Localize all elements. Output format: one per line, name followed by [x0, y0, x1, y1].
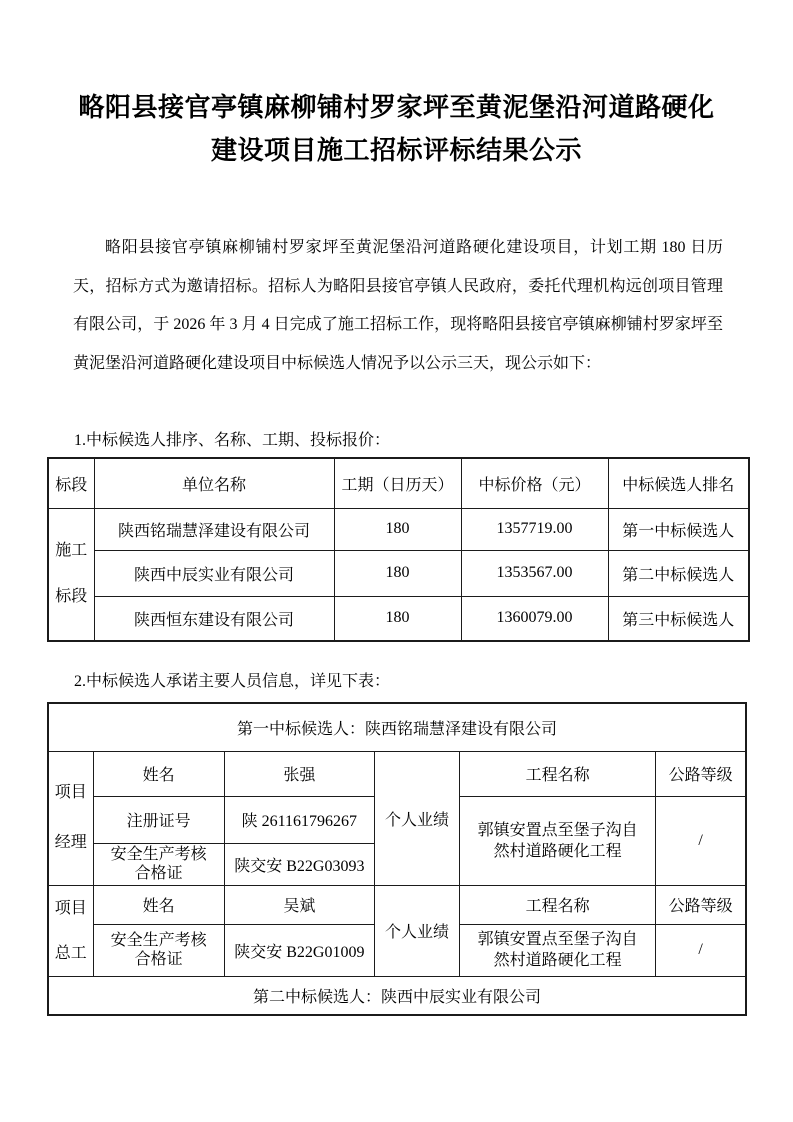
- value-registration-no: 陕 261161796267: [224, 796, 374, 843]
- value-safety-certificate: 陕交安 B22G03093: [224, 843, 374, 885]
- intro-paragraph: 略阳县接官亭镇麻柳铺村罗家坪至黄泥堡沿河道路硬化建设项目，计划工期 180 日历…: [73, 229, 723, 383]
- value-road-grade: /: [656, 796, 746, 885]
- value-road-grade: /: [656, 924, 746, 976]
- candidate-1-title: 第一中标候选人：陕西铭瑞慧泽建设有限公司: [48, 703, 746, 751]
- cell-duration: 180: [334, 508, 461, 550]
- role-label-line: 经理: [49, 818, 93, 868]
- value-safety-certificate: 陕交安 B22G01009: [224, 924, 374, 976]
- document-title: 略阳县接官亭镇麻柳铺村罗家坪至黄泥堡沿河道路硬化 建设项目施工招标评标结果公示: [0, 86, 793, 172]
- label-safety-certificate: 安全生产考核合格证: [93, 843, 224, 885]
- cell-rank: 第二中标候选人: [608, 550, 749, 596]
- section-label-line: 施工: [49, 528, 94, 574]
- cell-company: 陕西中辰实业有限公司: [94, 550, 334, 596]
- cell-price: 1360079.00: [461, 596, 608, 641]
- candidate-2-title: 第二中标候选人：陕西中辰实业有限公司: [48, 976, 746, 1015]
- header-section: 标段: [48, 458, 94, 508]
- cell-rank: 第三中标候选人: [608, 596, 749, 641]
- cell-company: 陕西恒东建设有限公司: [94, 596, 334, 641]
- value-name: 吴斌: [224, 885, 374, 924]
- role-label-line: 总工: [49, 931, 93, 976]
- table-row: 项目 总工 姓名 吴斌 个人业绩 工程名称 公路等级: [48, 885, 746, 924]
- cell-company: 陕西铭瑞慧泽建设有限公司: [94, 508, 334, 550]
- table-row: 施工 标段 陕西铭瑞慧泽建设有限公司 180 1357719.00 第一中标候选…: [48, 508, 749, 550]
- role-label-line: 项目: [49, 886, 93, 931]
- role-project-manager-cell: 项目 经理: [48, 751, 93, 885]
- candidate-2-title-row: 第二中标候选人：陕西中辰实业有限公司: [48, 976, 746, 1015]
- value-project-name: 郭镇安置点至堡子沟自然村道路硬化工程: [460, 796, 656, 885]
- personnel-table: 第一中标候选人：陕西铭瑞慧泽建设有限公司 项目 经理 姓名 张强 个人业绩 工程…: [47, 702, 747, 1016]
- role-label-line: 项目: [49, 768, 93, 818]
- cell-duration: 180: [334, 596, 461, 641]
- label-safety-certificate: 安全生产考核合格证: [93, 924, 224, 976]
- table-row: 陕西恒东建设有限公司 180 1360079.00 第三中标候选人: [48, 596, 749, 641]
- cell-rank: 第一中标候选人: [608, 508, 749, 550]
- section-1-heading: 1.中标候选人排序、名称、工期、投标报价：: [74, 431, 390, 451]
- header-project-name: 工程名称: [460, 751, 656, 796]
- candidate-1-title-row: 第一中标候选人：陕西铭瑞慧泽建设有限公司: [48, 703, 746, 751]
- section-2-heading: 2.中标候选人承诺主要人员信息，详见下表：: [74, 672, 390, 692]
- header-duration: 工期（日历天）: [334, 458, 461, 508]
- cell-duration: 180: [334, 550, 461, 596]
- label-registration-no: 注册证号: [93, 796, 224, 843]
- cell-price: 1353567.00: [461, 550, 608, 596]
- header-rank: 中标候选人排名: [608, 458, 749, 508]
- label-name: 姓名: [93, 751, 224, 796]
- header-road-grade: 公路等级: [656, 885, 746, 924]
- role-chief-engineer-cell: 项目 总工: [48, 885, 93, 976]
- section-label-line: 标段: [49, 574, 94, 620]
- table-row: 陕西中辰实业有限公司 180 1353567.00 第二中标候选人: [48, 550, 749, 596]
- title-line-1: 略阳县接官亭镇麻柳铺村罗家坪至黄泥堡沿河道路硬化: [0, 86, 793, 129]
- title-line-2: 建设项目施工招标评标结果公示: [0, 129, 793, 172]
- table-row: 项目 经理 姓名 张强 个人业绩 工程名称 公路等级: [48, 751, 746, 796]
- header-road-grade: 公路等级: [656, 751, 746, 796]
- performance-label-cell: 个人业绩: [374, 751, 459, 885]
- document-page: 略阳县接官亭镇麻柳铺村罗家坪至黄泥堡沿河道路硬化 建设项目施工招标评标结果公示 …: [0, 0, 793, 1122]
- header-company: 单位名称: [94, 458, 334, 508]
- performance-label-cell: 个人业绩: [374, 885, 459, 976]
- label-name: 姓名: [93, 885, 224, 924]
- header-project-name: 工程名称: [460, 885, 656, 924]
- bid-table-header-row: 标段 单位名称 工期（日历天） 中标价格（元） 中标候选人排名: [48, 458, 749, 508]
- construction-section-cell: 施工 标段: [48, 508, 94, 641]
- cell-price: 1357719.00: [461, 508, 608, 550]
- bid-results-table: 标段 单位名称 工期（日历天） 中标价格（元） 中标候选人排名 施工 标段 陕西…: [47, 457, 750, 642]
- header-price: 中标价格（元）: [461, 458, 608, 508]
- value-project-name: 郭镇安置点至堡子沟自然村道路硬化工程: [460, 924, 656, 976]
- value-name: 张强: [224, 751, 374, 796]
